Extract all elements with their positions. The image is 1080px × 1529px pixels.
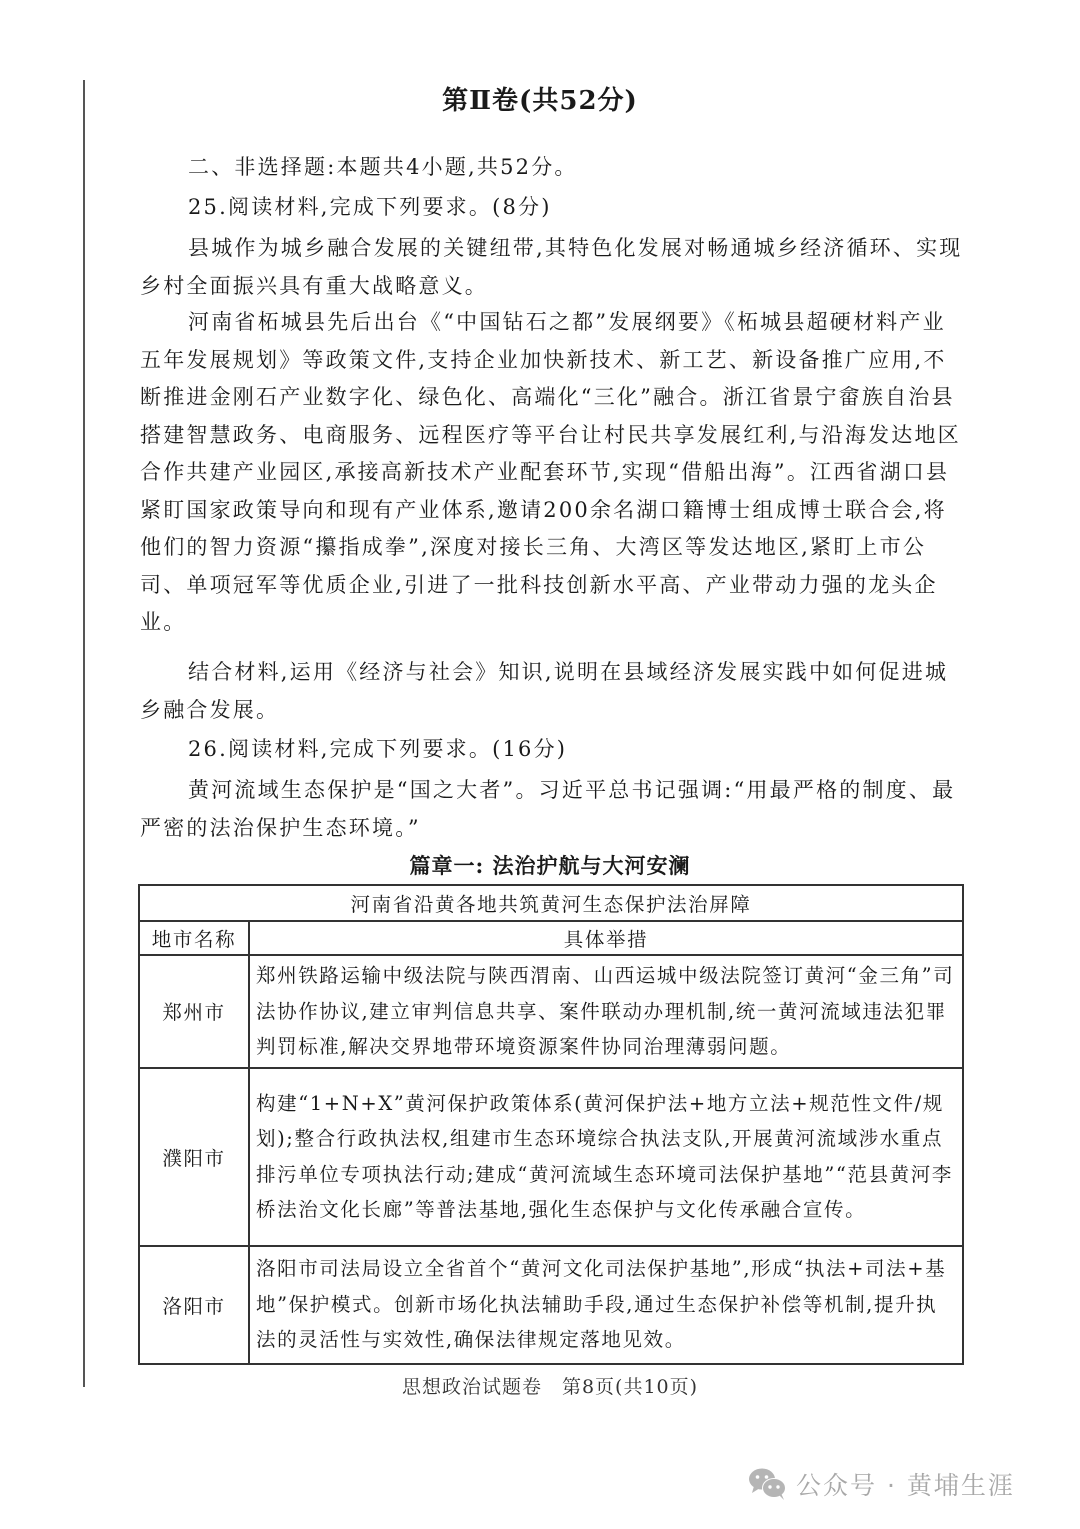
page-footer: 思想政治试题卷 第8页(共10页)	[0, 1372, 1080, 1399]
measures-table: 河南省沿黄各地共筑黄河生态保护法治屏障 地市名称 具体举措 郑州市 郑州铁路运输…	[138, 884, 964, 1365]
table-row: 濮阳市 构建“1+N+X”黄河保护政策体系(黄河保护法+地方立法+规范性文件/规…	[139, 1068, 963, 1246]
measure-cell: 洛阳市司法局设立全省首个“黄河文化司法保护基地”,形成“执法+司法+基地”保护模…	[249, 1246, 963, 1364]
table-row: 洛阳市 洛阳市司法局设立全省首个“黄河文化司法保护基地”,形成“执法+司法+基地…	[139, 1246, 963, 1364]
column-header-city: 地市名称	[139, 921, 249, 955]
measure-cell: 郑州铁路运输中级法院与陕西渭南、山西运城中级法院签订黄河“金三角”司法协作协议,…	[249, 955, 963, 1068]
section-title: 第Ⅱ卷(共52分)	[0, 80, 1080, 117]
column-header-measure: 具体举措	[249, 921, 963, 955]
q25-intro: 县城作为城乡融合发展的关键纽带,其特色化发展对畅通城乡经济循环、实现乡村全面振兴…	[140, 229, 965, 305]
city-cell: 郑州市	[139, 955, 249, 1068]
q26-heading: 26.阅读材料,完成下列要求。(16分)	[140, 732, 965, 767]
q25-question: 结合材料,运用《经济与社会》知识,说明在县域经济发展实践中如何促进城乡融合发展。	[140, 654, 965, 729]
wechat-icon	[748, 1467, 788, 1501]
watermark: 公众号 · 黄埔生涯	[748, 1466, 1015, 1502]
margin-rule	[83, 80, 85, 1387]
part-heading: 二、非选择题:本题共4小题,共52分。	[140, 150, 965, 185]
q25-material: 河南省柘城县先后出台《“中国钻石之都”发展纲要》《柘城县超硬材料产业五年发展规划…	[140, 304, 965, 642]
table-row: 郑州市 郑州铁路运输中级法院与陕西渭南、山西运城中级法院签订黄河“金三角”司法协…	[139, 955, 963, 1068]
q26-intro: 黄河流域生态保护是“国之大者”。习近平总书记强调:“用最严格的制度、最严密的法治…	[140, 771, 965, 847]
q25-heading: 25.阅读材料,完成下列要求。(8分)	[140, 190, 965, 225]
measure-cell: 构建“1+N+X”黄河保护政策体系(黄河保护法+地方立法+规范性文件/规划);整…	[249, 1068, 963, 1246]
chapter-title: 篇章一: 法治护航与大河安澜	[0, 850, 1080, 880]
city-cell: 濮阳市	[139, 1068, 249, 1246]
watermark-text: 公众号 · 黄埔生涯	[796, 1466, 1015, 1502]
city-cell: 洛阳市	[139, 1246, 249, 1364]
table-caption: 河南省沿黄各地共筑黄河生态保护法治屏障	[139, 885, 963, 921]
